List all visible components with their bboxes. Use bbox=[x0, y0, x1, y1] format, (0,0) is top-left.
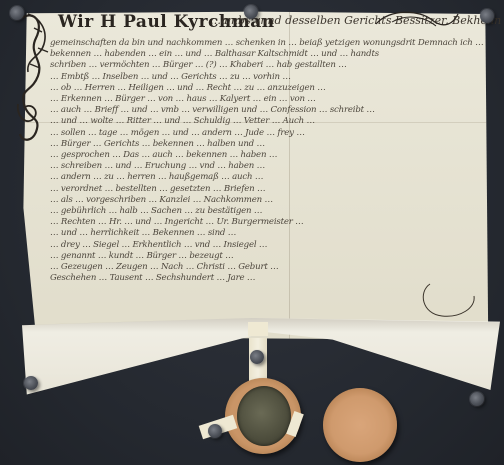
text-line: … ob … Herren … Heiligen … und … Recht …… bbox=[50, 83, 490, 94]
text-line: … genannt … kundt … Bürger … bezeugt … bbox=[50, 251, 490, 262]
mounting-pin bbox=[10, 6, 24, 20]
text-line: … Embtß … Inselben … und … Gerichts … zu… bbox=[50, 72, 490, 83]
text-line: … Gezeugen … Zeugen … Nach … Christi … G… bbox=[50, 262, 490, 273]
capsule-lid bbox=[323, 388, 397, 462]
mounting-pin bbox=[480, 9, 494, 23]
text-line: … und … herrlichkeit … Bekennen … sind … bbox=[50, 228, 490, 239]
mounting-pin bbox=[24, 376, 38, 390]
mounting-pin bbox=[470, 392, 484, 406]
text-line: … verordnet … bestellten … gesetzten … B… bbox=[50, 184, 490, 195]
wax-seal bbox=[237, 386, 291, 446]
text-line: gemeinschaften da bin und nachkommen … s… bbox=[50, 38, 490, 49]
text-line: … schreiben … und … Eruchung … vnd … hab… bbox=[50, 161, 490, 172]
text-line: … Bürger … Gerichts … bekennen … halben … bbox=[50, 139, 490, 150]
mounting-pin bbox=[244, 5, 258, 19]
text-line: … Rechten … Hr. … und … Ingericht … Ur. … bbox=[50, 217, 490, 228]
text-line: … als … vorgeschriben … Kanzlei … Nachko… bbox=[50, 195, 490, 206]
text-line: … sollen … tage … mögen … und … andern …… bbox=[50, 128, 490, 139]
text-line: … gesprochen … Das … auch … bekennen … h… bbox=[50, 150, 490, 161]
text-line: … andern … zu … herren … haußgemaß … auc… bbox=[50, 172, 490, 183]
signature-flourish-icon bbox=[420, 280, 480, 320]
text-line: schriben … vermöchten … Bürger … (?) … K… bbox=[50, 60, 490, 71]
heading-flourish-icon bbox=[372, 6, 462, 36]
text-line: … auch … Brieff … und … vmb … verwillige… bbox=[50, 105, 490, 116]
text-line: … Erkennen … Bürger … von … haus … Kalye… bbox=[50, 94, 490, 105]
text-line: … und … wolte … Ritter … und … Schuldig … bbox=[50, 116, 490, 127]
seal-strap-top bbox=[248, 322, 268, 336]
text-line: … gebührlich … halb … Sachen … zu bestät… bbox=[50, 206, 490, 217]
text-line: bekennen … habenden … ein … und … Baltha… bbox=[50, 49, 490, 60]
manuscript-text: gemeinschaften da bin und nachkommen … s… bbox=[50, 38, 490, 284]
text-line: … drey … Siegel … Erkhentlich … vnd … In… bbox=[50, 240, 490, 251]
mounting-pin bbox=[250, 350, 264, 364]
mounting-pin bbox=[208, 424, 222, 438]
